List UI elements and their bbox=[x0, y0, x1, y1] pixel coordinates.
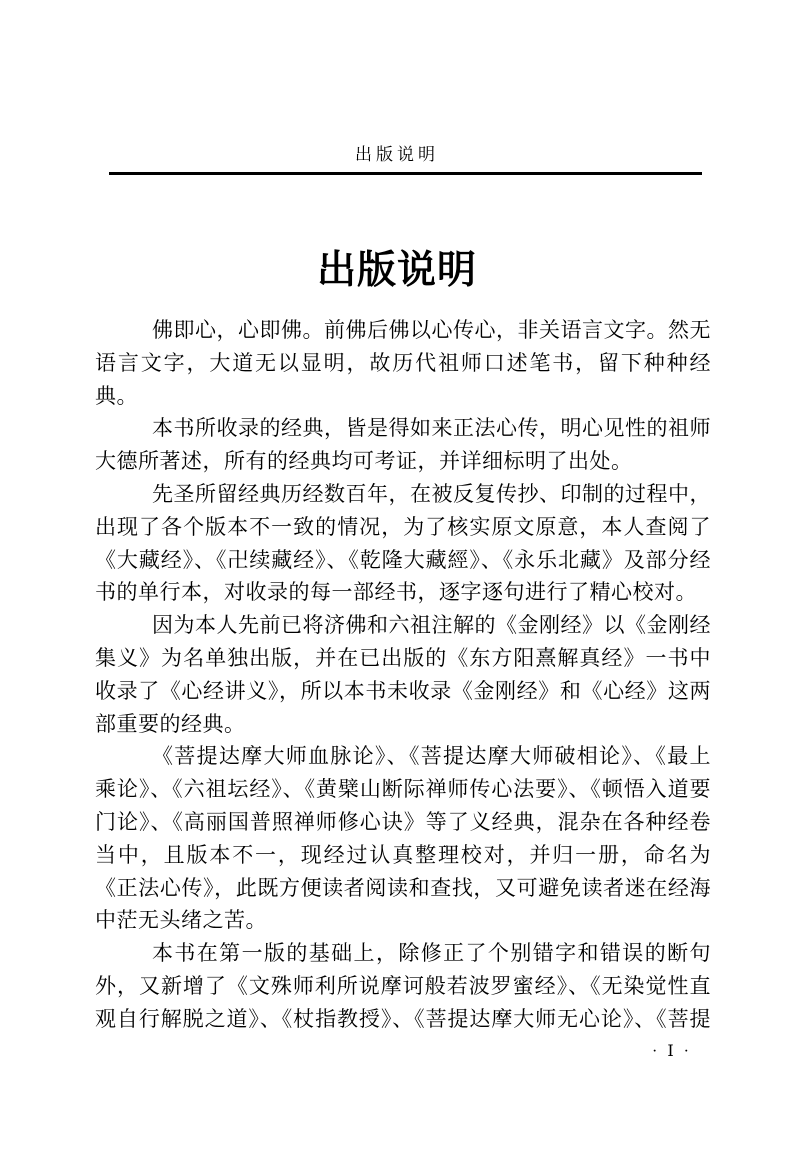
body-text: 佛即心，心即佛。前佛后佛以心传心，非关语言文字。然无语言文字，大道无以显明，故历… bbox=[95, 314, 711, 1036]
paragraph: 佛即心，心即佛。前佛后佛以心传心，非关语言文字。然无语言文字，大道无以显明，故历… bbox=[95, 314, 711, 412]
page-title: 出版说明 bbox=[0, 239, 794, 295]
page-number: · Ⅰ · bbox=[652, 1041, 692, 1061]
paragraph: 因为本人先前已将济佛和六祖注解的《金刚经》以《金刚经集义》为名单独出版，并在已出… bbox=[95, 609, 711, 740]
header-rule bbox=[109, 172, 702, 175]
paragraph: 先圣所留经典历经数百年，在被反复传抄、印制的过程中，出现了各个版本不一致的情况，… bbox=[95, 478, 711, 609]
book-page: 出版说明 出版说明 佛即心，心即佛。前佛后佛以心传心，非关语言文字。然无语言文字… bbox=[0, 0, 794, 1149]
running-header: 出版说明 bbox=[0, 140, 794, 165]
paragraph: 《菩提达摩大师血脉论》、《菩提达摩大师破相论》、《最上乘论》、《六祖坛经》、《黄… bbox=[95, 740, 711, 937]
paragraph: 本书在第一版的基础上，除修正了个别错字和错误的断句外，又新增了《文殊师利所说摩诃… bbox=[95, 937, 711, 1035]
paragraph: 本书所收录的经典，皆是得如来正法心传，明心见性的祖师大德所著述，所有的经典均可考… bbox=[95, 412, 711, 478]
